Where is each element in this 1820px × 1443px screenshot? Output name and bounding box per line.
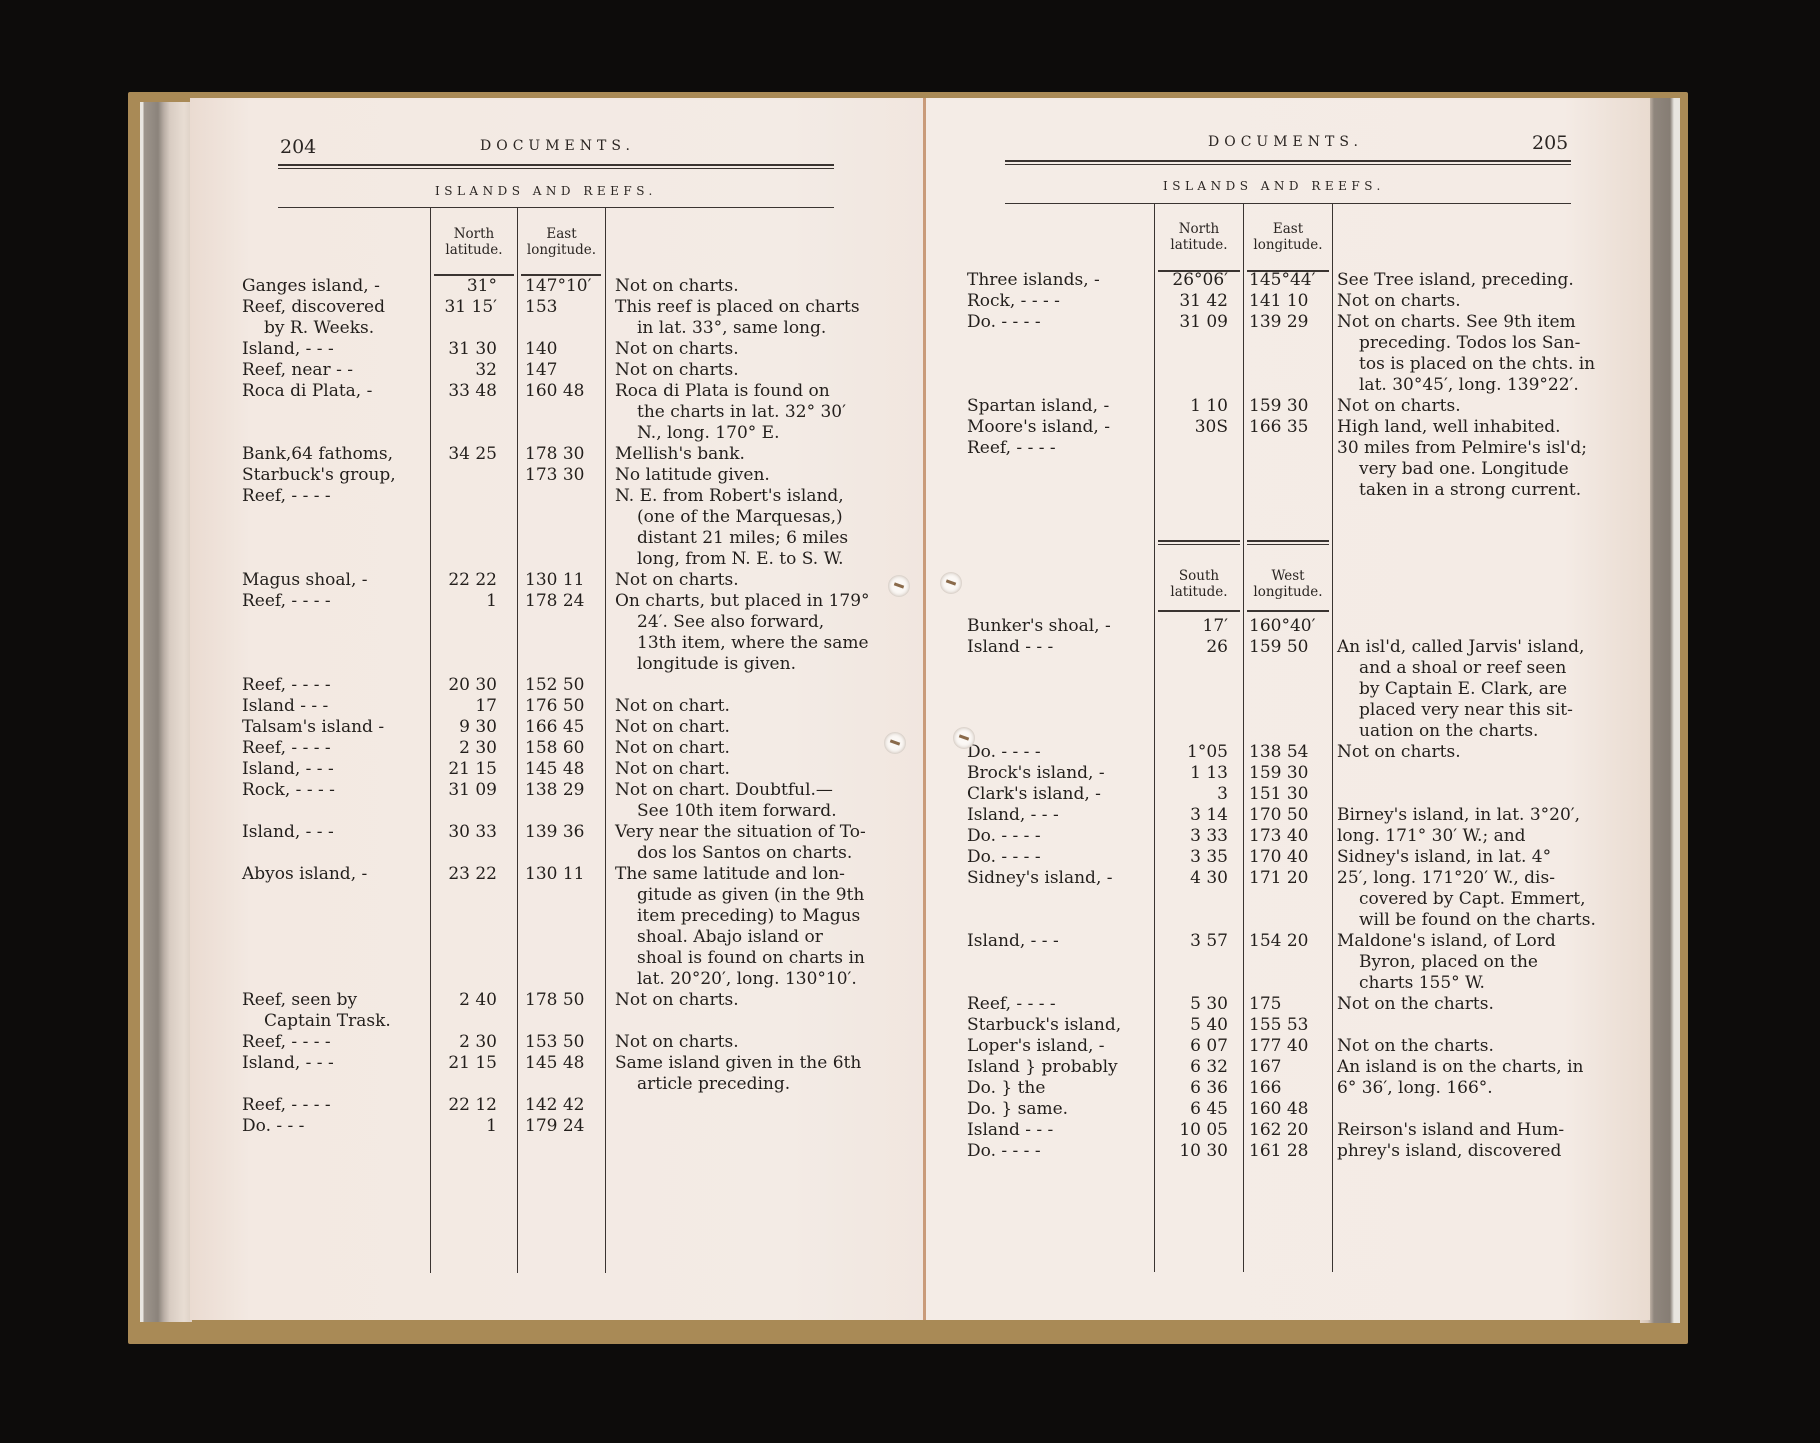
remark: This reef is placed on chartsin lat. 33°…	[615, 297, 860, 339]
header-rule	[1005, 160, 1571, 165]
remark: Roca di Plata is found onthe charts in l…	[615, 381, 846, 444]
longitude-value: 138 29	[525, 780, 584, 801]
remark: Very near the situation of To-dos los Sa…	[615, 822, 866, 864]
column-header-north-latitude: Northlatitude.	[1155, 221, 1243, 253]
remark: Reirson's island and Hum-	[1337, 1120, 1564, 1141]
longitude-value: 160°40′	[1249, 616, 1315, 637]
remark: Not on charts.	[1337, 291, 1461, 312]
column-divider	[430, 208, 431, 1273]
island-name: Island - - -	[242, 696, 328, 717]
latitude-value: 4 30	[1160, 868, 1228, 889]
island-name: Rock, - - - -	[242, 780, 335, 801]
island-name: Do. } the	[967, 1078, 1045, 1099]
longitude-value: 173 40	[1249, 826, 1308, 847]
remark: No latitude given.	[615, 465, 770, 486]
longitude-value: 166 45	[525, 717, 584, 738]
island-name: Island, - - -	[242, 1053, 334, 1074]
latitude-value: 1	[435, 1116, 497, 1137]
longitude-value: 171 20	[1249, 868, 1308, 889]
remark: phrey's island, discovered	[1337, 1141, 1561, 1162]
remark: An isl'd, called Jarvis' island,and a sh…	[1337, 637, 1584, 742]
running-head: DOCUMENTS.	[1208, 134, 1363, 150]
longitude-value: 145°44′	[1249, 270, 1315, 291]
longitude-value: 145 48	[525, 1053, 584, 1074]
latitude-value: 6 36	[1160, 1078, 1228, 1099]
remark: Maldone's island, of LordByron, placed o…	[1337, 931, 1556, 994]
island-name: Reef, discoveredby R. Weeks.	[242, 297, 385, 339]
island-name: Do. - - - -	[967, 1141, 1041, 1162]
remark: 25′, long. 171°20′ W., dis-covered by Ca…	[1337, 868, 1596, 931]
longitude-value: 158 60	[525, 738, 584, 759]
latitude-value: 30S	[1160, 417, 1228, 438]
longitude-value: 153	[525, 297, 557, 318]
latitude-value: 9 30	[435, 717, 497, 738]
latitude-value: 1 13	[1160, 763, 1228, 784]
island-name: Three islands, -	[967, 270, 1100, 291]
page-number: 205	[1532, 132, 1568, 154]
column-divider	[1332, 204, 1333, 1272]
island-name: Reef, - - - -	[242, 591, 331, 612]
island-name: Island, - - -	[242, 822, 334, 843]
latitude-value: 21 15	[435, 1053, 497, 1074]
latitude-value: 6 32	[1160, 1057, 1228, 1078]
remark: Same island given in the 6tharticle prec…	[615, 1053, 861, 1095]
latitude-value: 31 30	[435, 339, 497, 360]
longitude-value: 167	[1249, 1057, 1281, 1078]
remark: High land, well inhabited.	[1337, 417, 1561, 438]
island-name: Spartan island, -	[967, 396, 1109, 417]
latitude-value: 3	[1160, 784, 1228, 805]
column-divider	[517, 208, 518, 1273]
latitude-value: 2 30	[435, 738, 497, 759]
longitude-value: 142 42	[525, 1095, 584, 1116]
longitude-value: 141 10	[1249, 291, 1308, 312]
longitude-value: 130 11	[525, 570, 584, 591]
longitude-value: 178 24	[525, 591, 584, 612]
remark: Not on charts. See 9th itempreceding. To…	[1337, 312, 1595, 396]
longitude-value: 153 50	[525, 1032, 584, 1053]
remark: Not on chart.	[615, 759, 730, 780]
header-underline	[1158, 610, 1240, 612]
remark: On charts, but placed in 179°24′. See al…	[615, 591, 870, 675]
island-name: Reef, - - - -	[242, 1032, 331, 1053]
remark: Not on chart. Doubtful.—See 10th item fo…	[615, 780, 837, 822]
longitude-value: 166	[1249, 1078, 1281, 1099]
section-divider-rule	[1247, 540, 1329, 545]
left-page: 204 DOCUMENTS. ISLANDS AND REEFS. Northl…	[190, 98, 925, 1320]
latitude-value: 1	[435, 591, 497, 612]
longitude-value: 170 40	[1249, 847, 1308, 868]
remark: See Tree island, preceding.	[1337, 270, 1574, 291]
longitude-value: 147°10′	[525, 276, 591, 297]
island-name: Roca di Plata, -	[242, 381, 372, 402]
longitude-value: 130 11	[525, 864, 584, 885]
longitude-value: 139 36	[525, 822, 584, 843]
longitude-value: 145 48	[525, 759, 584, 780]
column-divider	[1154, 204, 1155, 1272]
island-name: Abyos island, -	[242, 864, 367, 885]
longitude-value: 166 35	[1249, 417, 1308, 438]
longitude-value: 177 40	[1249, 1036, 1308, 1057]
island-name: Island, - - -	[242, 759, 334, 780]
remark: Not on charts.	[1337, 742, 1461, 763]
island-name: Do. } same.	[967, 1099, 1068, 1120]
island-name: Starbuck's group,	[242, 465, 396, 486]
latitude-value: 3 14	[1160, 805, 1228, 826]
island-name: Brock's island, -	[967, 763, 1105, 784]
right-page: DOCUMENTS. 205 ISLANDS AND REEFS. Northl…	[925, 98, 1650, 1320]
column-header-east-longitude: Eastlongitude.	[518, 226, 605, 258]
island-name: Sidney's island, -	[967, 868, 1113, 889]
longitude-value: 152 50	[525, 675, 584, 696]
longitude-value: 178 30	[525, 444, 584, 465]
latitude-value: 5 30	[1160, 994, 1228, 1015]
latitude-value: 22 12	[435, 1095, 497, 1116]
latitude-value: 31 42	[1160, 291, 1228, 312]
remark: Sidney's island, in lat. 4°	[1337, 847, 1551, 868]
island-name: Reef, - - - -	[967, 994, 1056, 1015]
section-divider-rule	[1158, 540, 1240, 545]
island-name: Do. - - - -	[967, 742, 1041, 763]
island-name: Bunker's shoal, -	[967, 616, 1111, 637]
latitude-value: 22 22	[435, 570, 497, 591]
longitude-value: 139 29	[1249, 312, 1308, 333]
island-name: Magus shoal, -	[242, 570, 368, 591]
island-name: Reef, - - - -	[967, 438, 1056, 459]
running-head: DOCUMENTS.	[480, 138, 635, 154]
latitude-value: 17′	[1160, 616, 1228, 637]
remark: long. 171° 30′ W.; and	[1337, 826, 1526, 847]
longitude-value: 175	[1249, 994, 1281, 1015]
longitude-value: 147	[525, 360, 557, 381]
longitude-value: 160 48	[525, 381, 584, 402]
table-top-rule	[1005, 203, 1571, 204]
remark: The same latitude and lon-gitude as give…	[615, 864, 865, 990]
latitude-value: 31 09	[435, 780, 497, 801]
binding-hole	[884, 732, 906, 754]
island-name: Island, - - -	[967, 931, 1059, 952]
longitude-value: 159 30	[1249, 763, 1308, 784]
island-name: Loper's island, -	[967, 1036, 1105, 1057]
column-header-east-longitude: Eastlongitude.	[1244, 221, 1332, 253]
longitude-value: 154 20	[1249, 931, 1308, 952]
island-name: Reef, seen byCaptain Trask.	[242, 990, 391, 1032]
longitude-value: 176 50	[525, 696, 584, 717]
remark: N. E. from Robert's island,(one of the M…	[615, 486, 848, 570]
remark: Mellish's bank.	[615, 444, 745, 465]
island-name: Rock, - - - -	[967, 291, 1060, 312]
latitude-value: 6 07	[1160, 1036, 1228, 1057]
latitude-value: 20 30	[435, 675, 497, 696]
island-name: Reef, - - - -	[242, 486, 331, 507]
longitude-value: 138 54	[1249, 742, 1308, 763]
table-top-rule	[278, 207, 834, 208]
island-name: Do. - - - -	[967, 826, 1041, 847]
remark: Not on chart.	[615, 717, 730, 738]
remark: An island is on the charts, in	[1337, 1057, 1583, 1078]
latitude-value: 21 15	[435, 759, 497, 780]
latitude-value: 17	[435, 696, 497, 717]
column-header-north-latitude: Northlatitude.	[431, 226, 517, 258]
remark: Birney's island, in lat. 3°20′,	[1337, 805, 1580, 826]
longitude-value: 178 50	[525, 990, 584, 1011]
column-divider	[1243, 204, 1244, 1272]
latitude-value: 3 35	[1160, 847, 1228, 868]
longitude-value: 162 20	[1249, 1120, 1308, 1141]
column-header-south-latitude: Southlatitude.	[1155, 568, 1243, 600]
island-name: Reef, - - - -	[242, 738, 331, 759]
longitude-value: 173 30	[525, 465, 584, 486]
longitude-value: 159 50	[1249, 637, 1308, 658]
island-name: Moore's island, -	[967, 417, 1110, 438]
longitude-value: 140	[525, 339, 557, 360]
latitude-value: 33 48	[435, 381, 497, 402]
longitude-value: 161 28	[1249, 1141, 1308, 1162]
binding-hole	[953, 727, 975, 749]
section-title: ISLANDS AND REEFS.	[435, 184, 657, 198]
island-name: Starbuck's island,	[967, 1015, 1121, 1036]
binding-hole	[888, 575, 910, 597]
binding-hole	[940, 572, 962, 594]
latitude-value: 31°	[435, 276, 497, 297]
page-edges-left	[140, 102, 192, 1322]
latitude-value: 23 22	[435, 864, 497, 885]
longitude-value: 155 53	[1249, 1015, 1308, 1036]
remark: Not on charts.	[615, 339, 739, 360]
latitude-value: 30 33	[435, 822, 497, 843]
latitude-value: 31 15′	[435, 297, 497, 318]
remark: 6° 36′, long. 166°.	[1337, 1078, 1493, 1099]
longitude-value: 151 30	[1249, 784, 1308, 805]
latitude-value: 10 30	[1160, 1141, 1228, 1162]
longitude-value: 160 48	[1249, 1099, 1308, 1120]
latitude-value: 3 57	[1160, 931, 1228, 952]
remark: Not on chart.	[615, 738, 730, 759]
island-name: Island, - - -	[242, 339, 334, 360]
remark: Not on charts.	[615, 1032, 739, 1053]
island-name: Do. - - - -	[967, 847, 1041, 868]
island-name: Ganges island, -	[242, 276, 380, 297]
latitude-value: 1°05	[1160, 742, 1228, 763]
latitude-value: 34 25	[435, 444, 497, 465]
island-name: Bank,64 fathoms,	[242, 444, 393, 465]
island-name: Island } probably	[967, 1057, 1118, 1078]
latitude-value: 5 40	[1160, 1015, 1228, 1036]
header-rule	[278, 164, 834, 169]
island-name: Reef, near - -	[242, 360, 353, 381]
latitude-value: 32	[435, 360, 497, 381]
island-name: Island - - -	[967, 637, 1053, 658]
book-gutter	[923, 98, 926, 1320]
remark: 30 miles from Pelmire's isl'd;very bad o…	[1337, 438, 1587, 501]
page-number: 204	[280, 136, 316, 158]
latitude-value: 31 09	[1160, 312, 1228, 333]
section-title: ISLANDS AND REEFS.	[1163, 179, 1385, 193]
remark: Not on charts.	[615, 276, 739, 297]
island-name: Talsam's island -	[242, 717, 384, 738]
longitude-value: 179 24	[525, 1116, 584, 1137]
longitude-value: 159 30	[1249, 396, 1308, 417]
island-name: Island - - -	[967, 1120, 1053, 1141]
island-name: Reef, - - - -	[242, 675, 331, 696]
latitude-value: 26°06′	[1160, 270, 1228, 291]
latitude-value: 2 30	[435, 1032, 497, 1053]
island-name: Clark's island, -	[967, 784, 1101, 805]
header-underline	[1247, 610, 1329, 612]
longitude-value: 170 50	[1249, 805, 1308, 826]
latitude-value: 2 40	[435, 990, 497, 1011]
latitude-value: 6 45	[1160, 1099, 1228, 1120]
remark: Not on charts.	[1337, 396, 1461, 417]
island-name: Do. - - -	[242, 1116, 304, 1137]
latitude-value: 3 33	[1160, 826, 1228, 847]
remark: Not on charts.	[615, 990, 739, 1011]
remark: Not on the charts.	[1337, 994, 1494, 1015]
remark: Not on chart.	[615, 696, 730, 717]
latitude-value: 10 05	[1160, 1120, 1228, 1141]
column-header-west-longitude: Westlongitude.	[1244, 568, 1332, 600]
remark: Not on charts.	[615, 360, 739, 381]
island-name: Reef, - - - -	[242, 1095, 331, 1116]
latitude-value: 1 10	[1160, 396, 1228, 417]
latitude-value: 26	[1160, 637, 1228, 658]
remark: Not on charts.	[615, 570, 739, 591]
column-divider	[605, 208, 606, 1273]
remark: Not on the charts.	[1337, 1036, 1494, 1057]
island-name: Island, - - -	[967, 805, 1059, 826]
island-name: Do. - - - -	[967, 312, 1041, 333]
